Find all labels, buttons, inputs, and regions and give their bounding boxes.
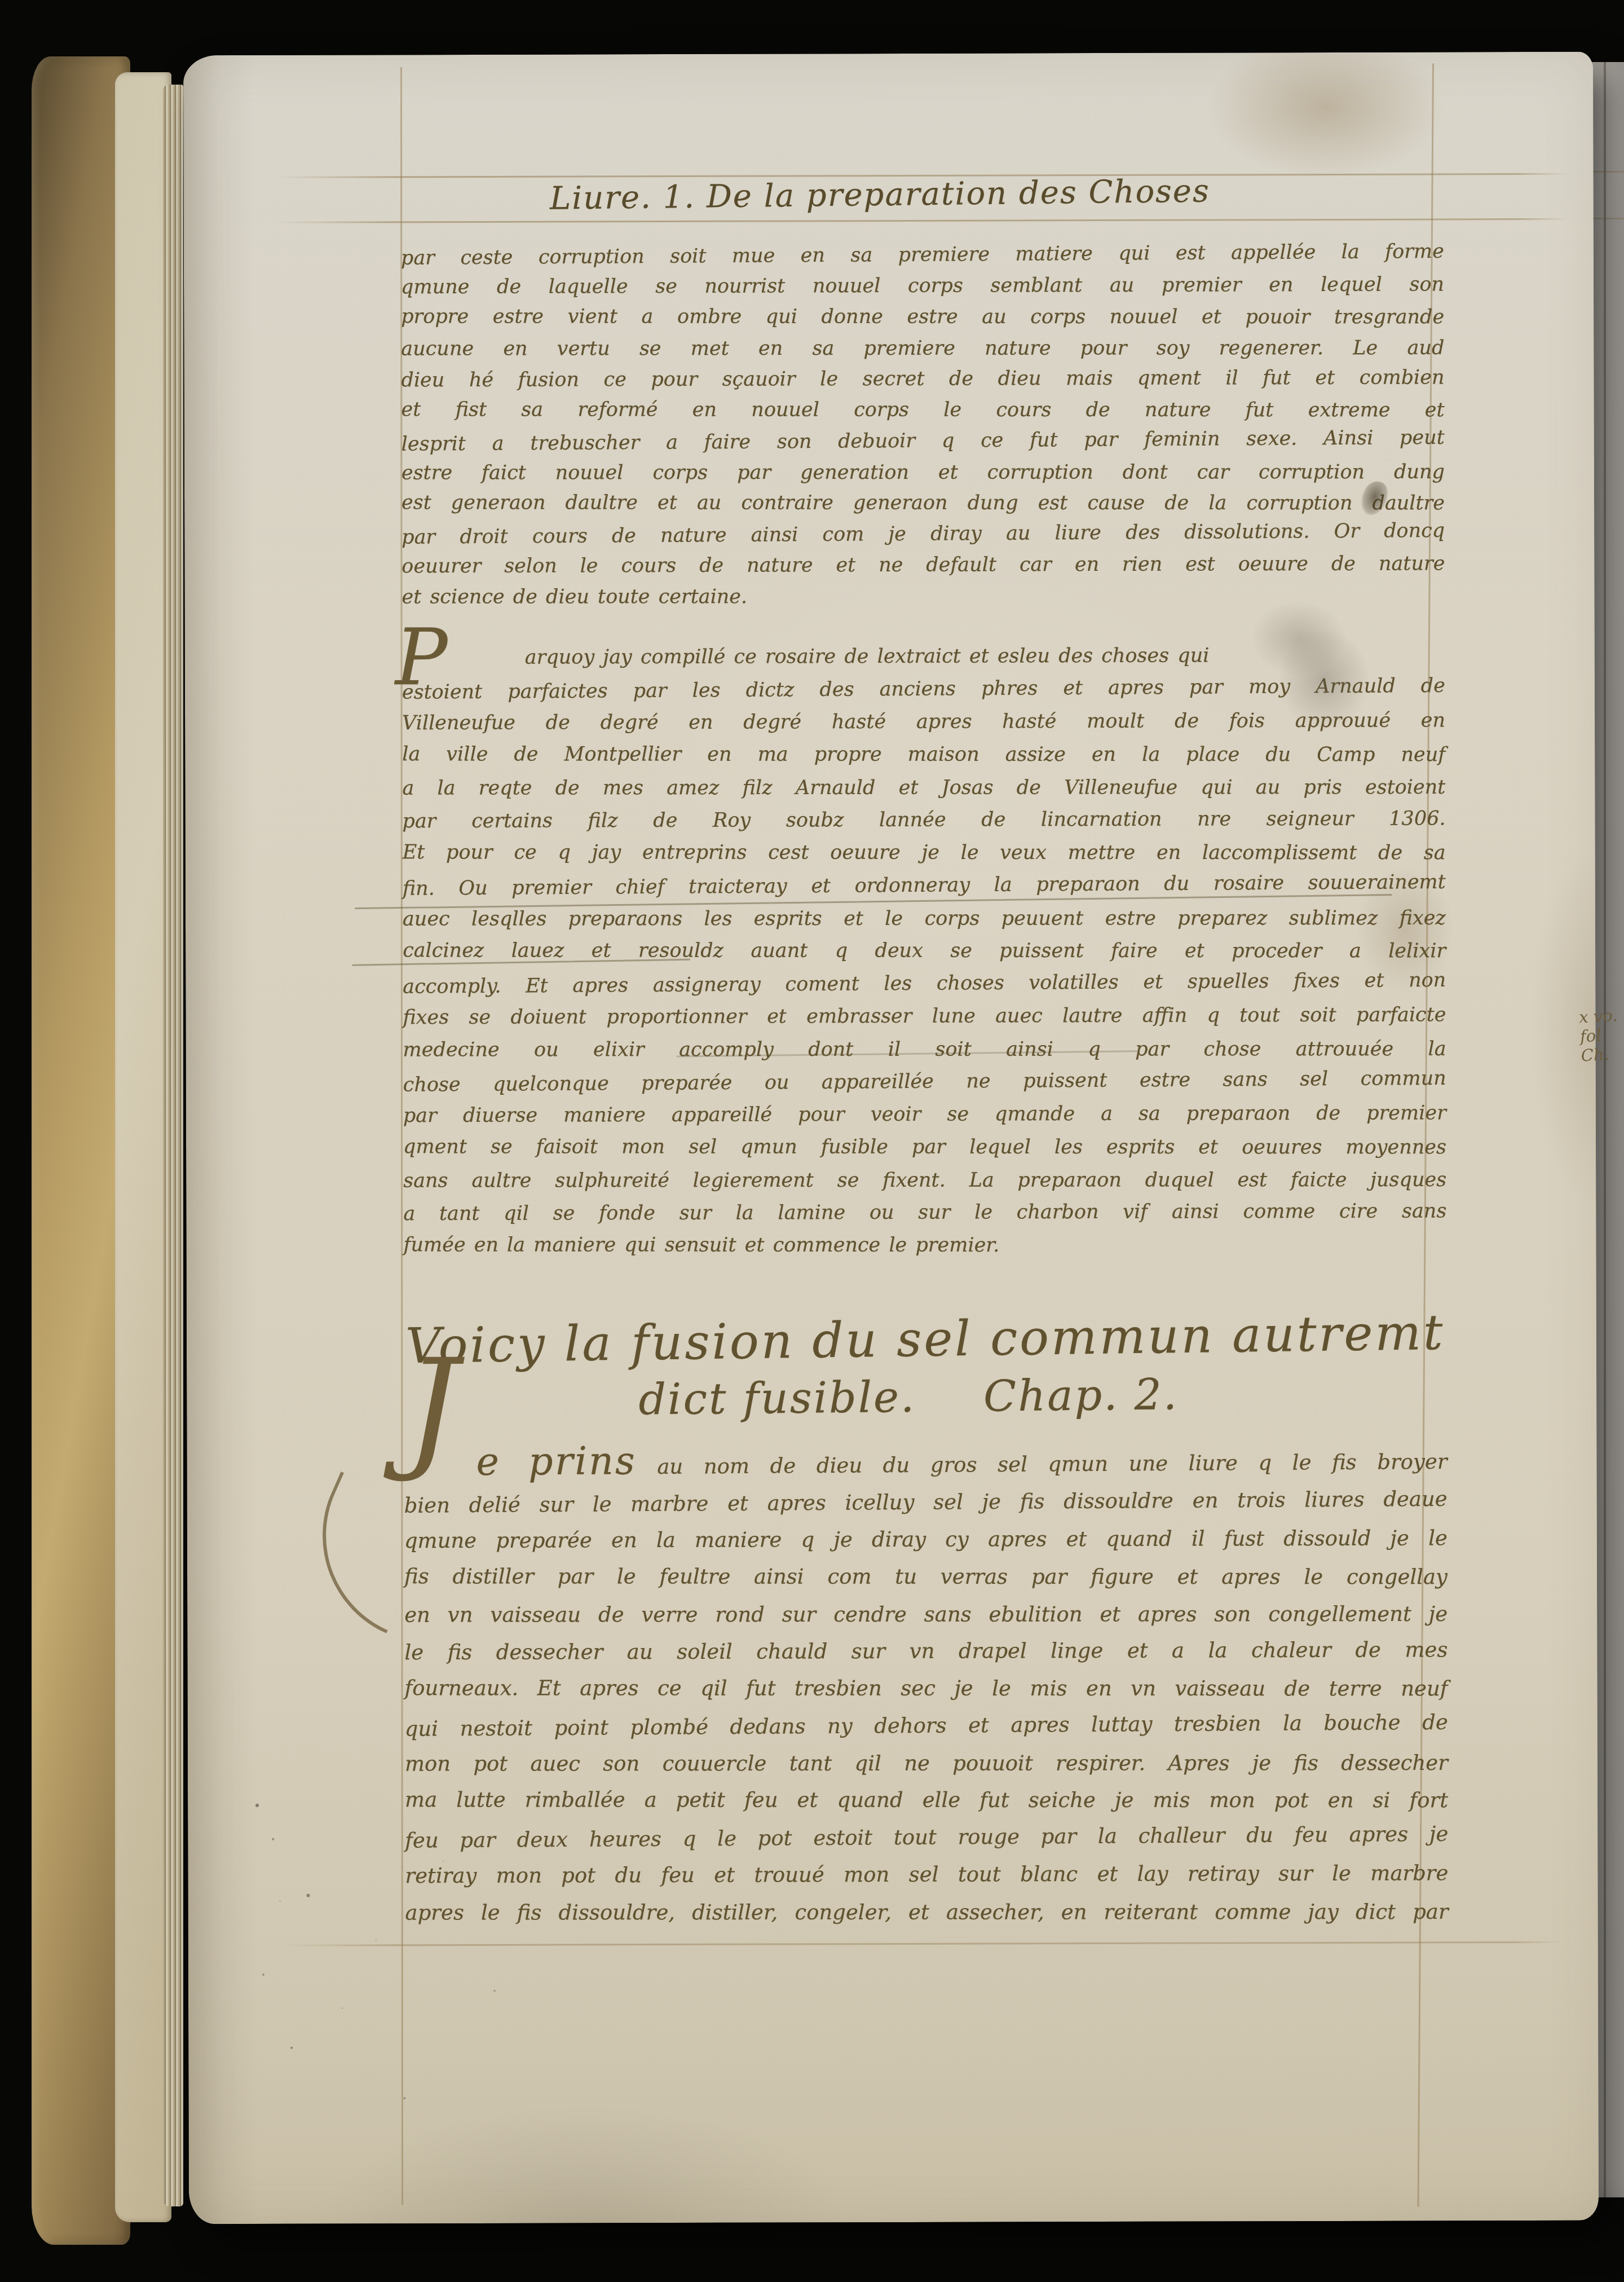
manuscript-line: qmune de laquelle se nourrist nouuel cor…: [401, 269, 1444, 303]
manuscript-line-text: au nom de dieu du gros sel qmun une liur…: [657, 1450, 1447, 1479]
manuscript-line: ma lutte rimballée a petit feu et quand …: [405, 1781, 1448, 1819]
manuscript-line: estre faict nouuel corps par generation …: [401, 457, 1445, 489]
manuscript-line: par droit cours de nature ainsi com je d…: [401, 516, 1445, 553]
manuscript-line: fumée en la maniere qui sensuit et comme…: [403, 1228, 1446, 1262]
manuscript-line: a tant qil se fonde sur la lamine ou sur…: [403, 1195, 1446, 1230]
manuscript-line: qment se faisoit mon sel qmun fusible pa…: [403, 1130, 1446, 1164]
manuscript-line: fis distiller par le feultre ainsi com t…: [404, 1558, 1448, 1596]
leaf-stack-edges: [163, 85, 183, 2206]
chapter-heading-line2: dict fusible.: [638, 1369, 916, 1428]
ruled-line-footer: [281, 1941, 1561, 1946]
manuscript-page: Liure. 1. De la preparation des Choses p…: [183, 52, 1599, 2224]
manuscript-line: mon pot auec son couuercle tant qil ne p…: [405, 1744, 1448, 1783]
manuscript-line: fourneaux. Et apres ce qil fut tresbien …: [405, 1669, 1448, 1707]
marginal-note: x vo. fol Ch.: [1578, 1005, 1624, 1065]
manuscript-line: en vn vaisseau de verre rond sur cendre …: [404, 1596, 1448, 1634]
manuscript-line: auec lesqlles preparaons les esprits et …: [403, 902, 1446, 936]
gray-smear-stain: [1276, 625, 1372, 733]
manuscript-line: la ville de Montpellier en ma propre mai…: [402, 738, 1445, 771]
manuscript-line: feu par deux heures q le pot estoit tout…: [405, 1816, 1448, 1860]
marginal-note-line: x vo. fol: [1578, 1005, 1624, 1046]
paragraph-lead-words: e prins: [476, 1439, 637, 1484]
manuscript-line: fin. Ou premier chief traicteray et ordo…: [403, 866, 1446, 905]
manuscript-line: bien delié sur le marbre et apres icellu…: [404, 1481, 1447, 1525]
manuscript-line: est generaon daultre et au contraire gen…: [401, 487, 1445, 519]
decorated-initial-J: J: [405, 1342, 459, 1474]
manuscript-line: sans aultre sulphureité legierement se f…: [403, 1164, 1446, 1197]
manuscript-line: lesprit a trebuscher a faire son debuoir…: [401, 422, 1445, 460]
paragraph-3-continued: bien delié sur le marbre et apres icellu…: [404, 1482, 1449, 1932]
manuscript-line: accomply. Et apres assigneray coment les…: [403, 964, 1446, 1003]
chapter-heading: Voicy la fusion du sel commun autremt di…: [404, 1309, 1448, 1426]
manuscript-line: le fis dessecher au soleil chauld sur vn…: [404, 1631, 1448, 1671]
manuscript-line: par certains filz de Roy soubz lannée de…: [402, 802, 1445, 838]
paragraph-1: par ceste corruption soit mue en sa prem…: [401, 238, 1445, 613]
manuscript-line: qui nestoit point plombé dedans ny dehor…: [405, 1704, 1448, 1748]
manuscript-line: dieu hé fusion ce pour sçauoir le secret…: [401, 362, 1444, 396]
paragraph-2-continued: estoient parfaictes par les dictz des an…: [402, 671, 1447, 1263]
manuscript-line: et science de dieu toute certaine.: [401, 581, 1445, 613]
manuscript-line: medecine ou elixir accomply dont il soit…: [403, 1033, 1446, 1067]
fore-edge-seam: [1604, 62, 1606, 2197]
running-head: Liure. 1. De la preparation des Choses: [471, 172, 1289, 243]
chapter-number-label: Chap. 2.: [983, 1366, 1179, 1424]
manuscript-line: chose quelconque preparée ou appareillée…: [403, 1062, 1446, 1102]
manuscript-line: apres le fis dissouldre, distiller, cong…: [405, 1893, 1449, 1932]
manuscript-line: par diuerse maniere appareillé pour veoi…: [403, 1096, 1446, 1132]
manuscript-line: propre estre vient a ombre qui donne est…: [401, 301, 1444, 333]
manuscript-line: a la reqte de mes amez filz Arnauld et J…: [402, 771, 1445, 805]
marginal-note-line: Ch.: [1581, 1043, 1624, 1065]
paragraph-3: e prins au nom de dieu du gros sel qmun …: [404, 1434, 1447, 1485]
manuscript-line: Et pour ce q jay entreprins cest oeuure …: [403, 836, 1446, 869]
foxing-specks: [255, 1804, 259, 1807]
manuscript-photo: x vo. fol Ch. Liure. 1. De la preparatio…: [0, 0, 1624, 2282]
manuscript-line: fixes se doiuent proportionner et embras…: [403, 998, 1446, 1034]
manuscript-line: aucune en vertu se met en sa premiere na…: [401, 333, 1444, 365]
manuscript-line: retiray mon pot du feu et trouué mon sel…: [405, 1854, 1448, 1895]
manuscript-line: qmune preparée en la maniere q je diray …: [404, 1519, 1448, 1559]
manuscript-line: et fist sa reformé en nouuel corps le co…: [401, 394, 1445, 426]
manuscript-line: e prins au nom de dieu du gros sel qmun …: [404, 1432, 1448, 1487]
manuscript-line: oeuurer selon le cours de nature et ne d…: [401, 548, 1445, 582]
